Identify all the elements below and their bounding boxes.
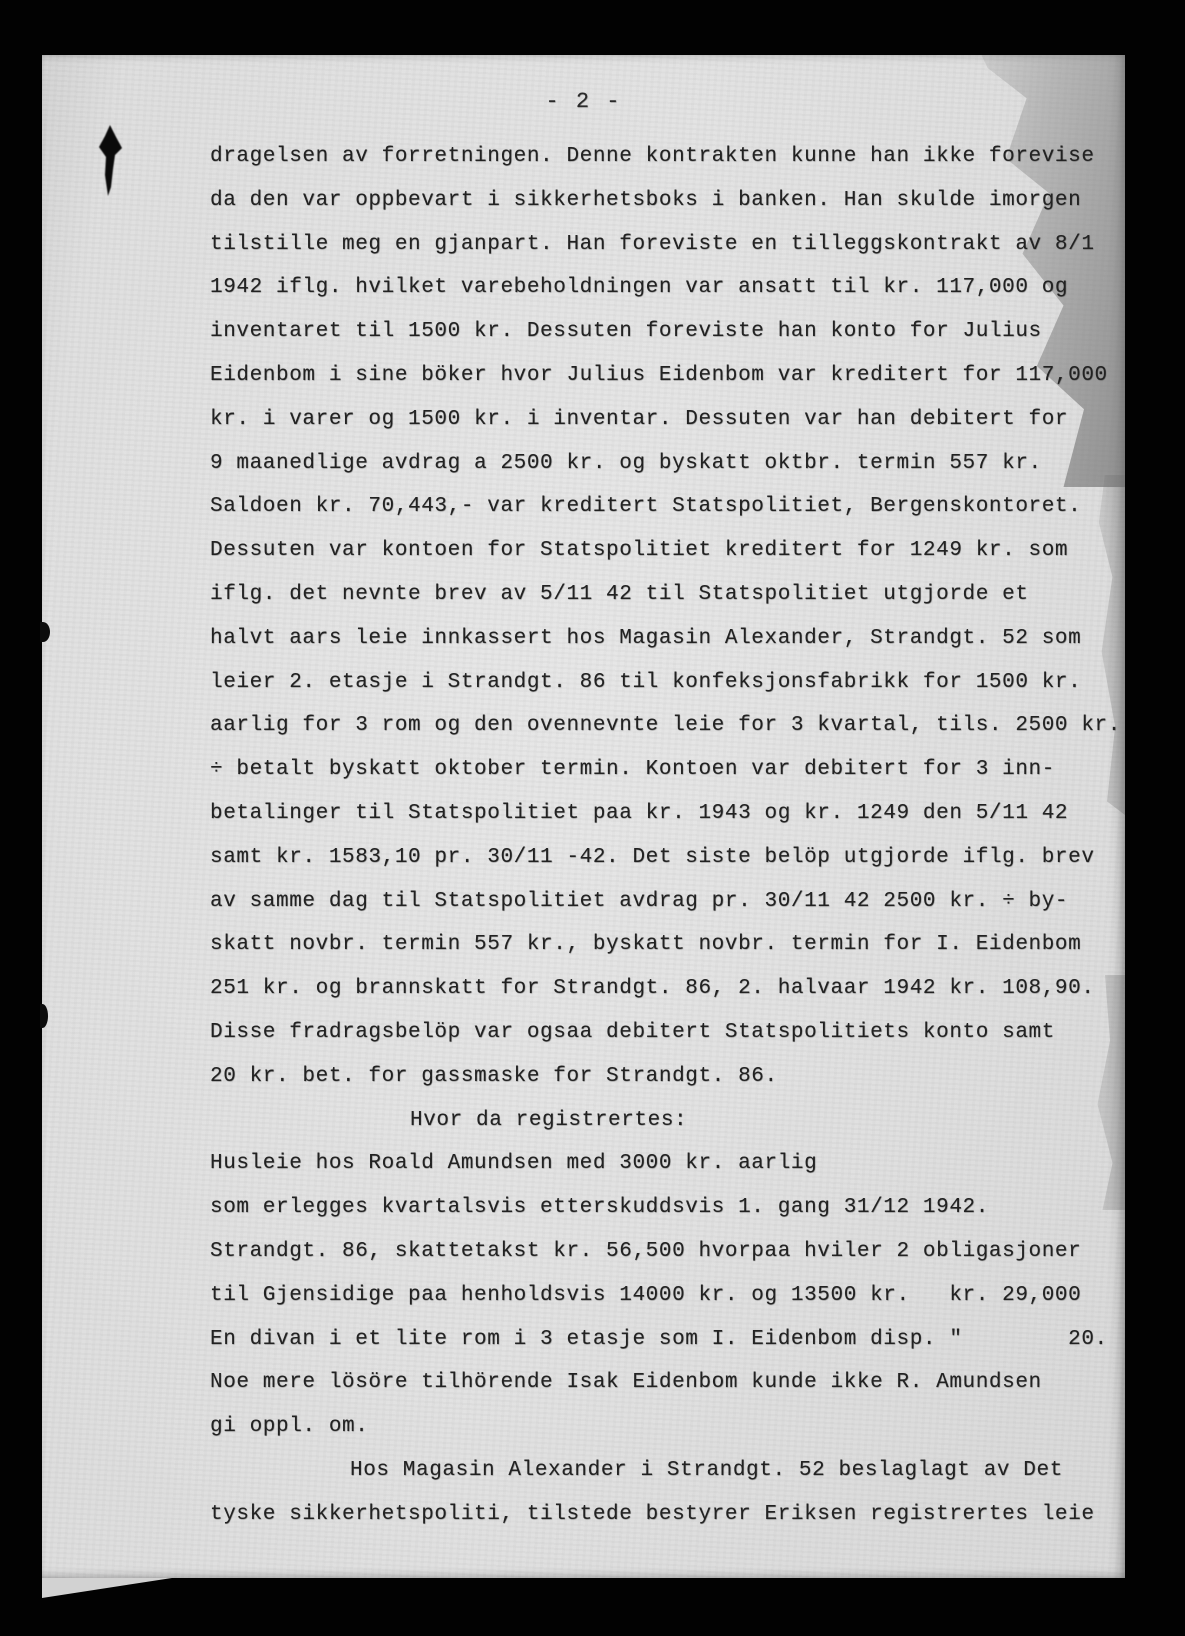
document-line: kr. i varer og 1500 kr. i inventar. Dess… xyxy=(210,398,1140,442)
document-line: betalinger til Statspolitiet paa kr. 194… xyxy=(210,792,1140,836)
document-line: Eidenbom i sine böker hvor Julius Eidenb… xyxy=(210,354,1140,398)
document-line: Noe mere lösöre tilhörende Isak Eidenbom… xyxy=(210,1361,1140,1405)
document-line: ÷ betalt byskatt oktober termin. Kontoen… xyxy=(210,748,1140,792)
document-line: av samme dag til Statspolitiet avdrag pr… xyxy=(210,880,1140,924)
document-line: 20 kr. bet. for gassmaske for Strandgt. … xyxy=(210,1055,1140,1099)
document-line: som erlegges kvartalsvis etterskuddsvis … xyxy=(210,1186,1140,1230)
ink-blot-arrow-mark xyxy=(96,124,124,198)
paper-sheet: - 2 - dragelsen av forretningen. Denne k… xyxy=(42,55,1125,1578)
document-line: leier 2. etasje i Strandgt. 86 til konfe… xyxy=(210,661,1140,705)
document-line: til Gjensidige paa henholdsvis 14000 kr.… xyxy=(210,1274,1140,1318)
document-line: 251 kr. og brannskatt for Strandgt. 86, … xyxy=(210,967,1140,1011)
document-line: 9 maanedlige avdrag a 2500 kr. og byskat… xyxy=(210,442,1140,486)
document-line: halvt aars leie innkassert hos Magasin A… xyxy=(210,617,1140,661)
document-line: 1942 iflg. hvilket varebeholdningen var … xyxy=(210,266,1140,310)
document-line: Hos Magasin Alexander i Strandgt. 52 bes… xyxy=(350,1449,1140,1493)
document-line: Dessuten var kontoen for Statspolitiet k… xyxy=(210,529,1140,573)
scanned-page-background: - 2 - dragelsen av forretningen. Denne k… xyxy=(0,0,1185,1636)
document-line: dragelsen av forretningen. Denne kontrak… xyxy=(210,135,1140,179)
document-line: tyske sikkerhetspoliti, tilstede bestyre… xyxy=(210,1493,1140,1537)
document-line: Strandgt. 86, skattetakst kr. 56,500 hvo… xyxy=(210,1230,1140,1274)
page-number: - 2 - xyxy=(42,89,1125,114)
document-line: En divan i et lite rom i 3 etasje som I.… xyxy=(210,1318,1140,1362)
document-line: samt kr. 1583,10 pr. 30/11 -42. Det sist… xyxy=(210,836,1140,880)
typewritten-text-block: dragelsen av forretningen. Denne kontrak… xyxy=(210,135,1140,1537)
document-line: inventaret til 1500 kr. Dessuten forevis… xyxy=(210,310,1140,354)
document-line: Husleie hos Roald Amundsen med 3000 kr. … xyxy=(210,1142,1140,1186)
document-line: Hvor da registrertes: xyxy=(410,1099,1140,1143)
document-line: aarlig for 3 rom og den ovennevnte leie … xyxy=(210,704,1140,748)
document-line: tilstille meg en gjanpart. Han foreviste… xyxy=(210,223,1140,267)
document-line: skatt novbr. termin 557 kr., byskatt nov… xyxy=(210,923,1140,967)
document-line: Saldoen kr. 70,443,- var kreditert Stats… xyxy=(210,485,1140,529)
document-line: gi oppl. om. xyxy=(210,1405,1140,1449)
document-line: Disse fradragsbelöp var ogsaa debitert S… xyxy=(210,1011,1140,1055)
document-line: da den var oppbevart i sikkerhetsboks i … xyxy=(210,179,1140,223)
bottom-left-paper-sliver xyxy=(42,1578,172,1598)
document-line: iflg. det nevnte brev av 5/11 42 til Sta… xyxy=(210,573,1140,617)
